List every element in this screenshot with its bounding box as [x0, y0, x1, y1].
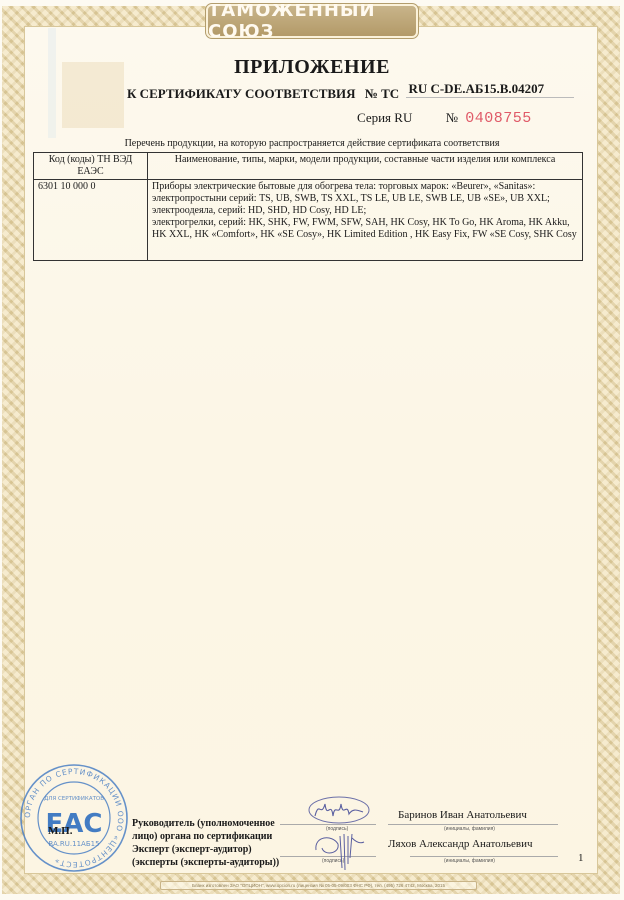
column-header-description: Наименование, типы, марки, модели продук…	[148, 153, 583, 180]
head-label-line: Руководитель (уполномоченное	[132, 817, 275, 830]
description-line: электрогрелки, серий: HK, SHK, FW, FWM, …	[152, 217, 578, 241]
serial-number: 0408755	[465, 110, 532, 127]
head-label-line: лицо) органа по сертификации	[132, 830, 275, 843]
series-value: RU	[394, 110, 412, 125]
serial-no-label: №	[446, 110, 458, 125]
head-name-caption: (инициалы, фамилия)	[444, 826, 495, 832]
cell-description: Приборы электрические бытовые для обогре…	[148, 180, 583, 261]
expert-label-line: (эксперты (эксперты-аудиторы))	[132, 856, 279, 869]
head-name-line	[388, 824, 558, 825]
head-name: Баринов Иван Анатольевич	[398, 809, 527, 821]
column-header-code: Код (коды) ТН ВЭД ЕАЭС	[34, 153, 148, 180]
customs-union-banner: ТАМОЖЕННЫЙ СОЮЗ	[206, 4, 418, 38]
svg-text:ДЛЯ СЕРТИФИКАТОВ: ДЛЯ СЕРТИФИКАТОВ	[44, 796, 104, 802]
seal-place-label: М.П.	[48, 825, 72, 837]
expert-label-line: Эксперт (эксперт-аудитор)	[132, 843, 279, 856]
certificate-reference: К СЕРТИФИКАТУ СООТВЕТСТВИЯ № ТС RU C-DE.…	[127, 86, 574, 103]
head-signature	[305, 792, 375, 828]
product-table: Код (коды) ТН ВЭД ЕАЭС Наименование, тип…	[33, 152, 583, 261]
cell-code: 6301 10 000 0	[34, 180, 148, 261]
printer-imprint: Бланк изготовлен ЗАО "ОПЦИОН", www.opcio…	[160, 881, 477, 890]
page-number: 1	[578, 852, 584, 864]
description-line: электропростыни серий: TS, UB, SWB, TS X…	[152, 193, 578, 205]
svg-text:RA.RU.11АБ15: RA.RU.11АБ15	[48, 840, 99, 848]
description-line: Приборы электрические бытовые для обогре…	[152, 181, 578, 193]
expert-name-line	[410, 856, 558, 857]
table-header-row: Код (коды) ТН ВЭД ЕАЭС Наименование, тип…	[34, 153, 583, 180]
series-label: Серия	[357, 110, 391, 125]
description-line: электроодеяла, серий: HD, SHD, HD Cosy, …	[152, 205, 578, 217]
certificate-no-label: № ТС	[365, 86, 399, 101]
table-row: 6301 10 000 0 Приборы электрические быто…	[34, 180, 583, 261]
certificate-label: К СЕРТИФИКАТУ СООТВЕТСТВИЯ	[127, 86, 356, 101]
certificate-number: RU C-DE.АБ15.В.04207	[406, 81, 574, 98]
certification-stamp: ОРГАН ПО СЕРТИФИКАЦИИ ООО «ЦЕНТРОТЕСТ» Д…	[18, 762, 130, 874]
document-title: ПРИЛОЖЕНИЕ	[0, 56, 624, 79]
expert-label: Эксперт (эксперт-аудитор) (эксперты (экс…	[132, 843, 279, 869]
product-list-caption: Перечень продукции, на которую распростр…	[0, 138, 624, 149]
series-reference: Серия RU № 0408755	[357, 110, 532, 127]
head-of-body-label: Руководитель (уполномоченное лицо) орган…	[132, 817, 275, 843]
expert-name-caption: (инициалы, фамилия)	[444, 858, 495, 864]
expert-name: Ляхов Александр Анатольевич	[388, 838, 533, 850]
watermark-stripe	[48, 28, 56, 138]
expert-signature	[312, 828, 368, 874]
